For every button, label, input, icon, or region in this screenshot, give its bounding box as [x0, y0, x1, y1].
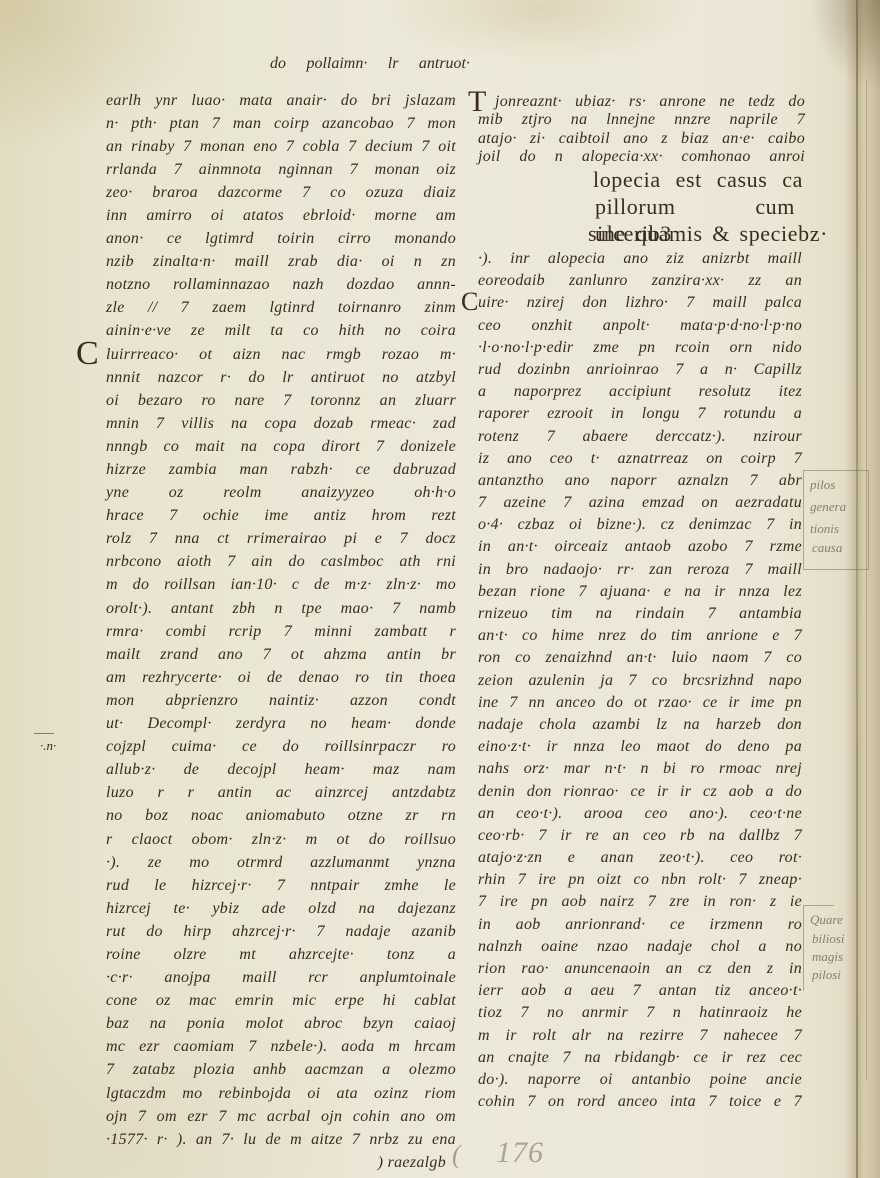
decorated-initial: C — [461, 289, 479, 315]
text-line: an·t· co hime nrez do tim anrione e 7 — [478, 625, 802, 647]
margin-note-line: pilosi — [812, 968, 841, 982]
text-line: rud le hizrcej·r· 7 nntpair zmhe le — [106, 874, 456, 897]
text-line: ·1577· r· ). an 7· lu de m aitze 7 nrbz … — [106, 1128, 456, 1151]
text-line: ine 7 nn anceo do ot rzao· ce ir ime pn — [478, 692, 802, 714]
text-line: ·). ze mo otrmrd azzlumanmt ynzna — [106, 851, 456, 874]
text-line: mib ztjro na lnnejne nnzre naprile 7 — [478, 111, 805, 130]
text-line: lgtaczdm mo rebinbojda oi ata ozinz riom — [106, 1082, 456, 1105]
section-heading-line: pillorum cum ulcerib3 — [595, 193, 795, 220]
text-line: rud dozinbn anrioinrao 7 a n· Capillz — [478, 359, 802, 381]
text-line: mnin 7 villis na copa dozab rmeac· zad — [106, 412, 456, 435]
text-line: tioz 7 no anrmir 7 n hatinraoiz he — [478, 1002, 802, 1024]
text-line: r claoct obom· zln·z· m ot do roillsuo — [106, 828, 456, 851]
text-line: notzno rollaminnazao nazh dozdao annn- — [106, 273, 456, 296]
text-line: eino·z·t· ir nnza leo maot do deno pa — [478, 736, 802, 758]
text-line: m ir rolt alr na rezirre 7 nahecee 7 — [478, 1025, 802, 1047]
text-line: ainin·e·ve ze milt ta co hith no coira — [106, 319, 456, 342]
text-line: rrlanda 7 ainmnota nginnan 7 monan oiz — [106, 158, 456, 181]
text-line: ierr aob a aeu 7 antan tiz anceo·t· — [478, 980, 802, 1002]
text-line: ceo onzhit anpolt· mata·p·d·no·l·p·no — [478, 315, 802, 337]
margin-note-line: magis — [812, 950, 843, 964]
text-line: cone oz mac emrin mic erpe hi cablat — [106, 989, 456, 1012]
text-line: am rezhrycerte· oi de denao ro tin thoea — [106, 666, 456, 689]
text-line: nzib zinalta·n· maill zrab dia· oi n zn — [106, 250, 456, 273]
text-line: rion rao· anuncenaoin an cz den z in — [478, 958, 802, 980]
text-line: anon· ce lgtimrd toirin cirro monando — [106, 227, 456, 250]
text-line: ceo·rb· 7 ir re an ceo rb na dallbz 7 — [478, 825, 802, 847]
text-line: rut do hirp ahzrcej·r· 7 nadaje azanib — [106, 920, 456, 943]
text-line: roine olzre mt ahzrcejte· tonz a — [106, 943, 456, 966]
text-line: 7 ire pn aob nairz 7 zre in ron· z ie — [478, 891, 802, 913]
text-line: baz na ponia molot abroc bzyn caiaoj — [106, 1012, 456, 1035]
running-header: do pollaimn· lr antruot· — [270, 53, 470, 75]
text-line: rhin 7 ire pn oizt co nbn rolt· 7 zneap· — [478, 869, 802, 891]
text-line: allub·z· de decojpl heam· maz nam — [106, 758, 456, 781]
text-line-body: uire· nzirej don lizhro· 7 maill palca — [478, 294, 802, 311]
margin-note-line: causa — [812, 541, 842, 555]
text-line: 7 azeine 7 azina emzad on aezradatu — [478, 492, 802, 514]
text-line: 7 zatabz plozia anhb aacmzan a olezmo — [106, 1058, 456, 1081]
text-line: n· pth· ptan 7 man coirp azancobao 7 mon — [106, 112, 456, 135]
text-line-with-initial: T jonreaznt· ubiaz· rs· anrone ne tedz d… — [478, 93, 805, 112]
decorated-initial: C — [76, 337, 99, 371]
text-line: hizrze zambia man rabzh· ce dabruzad — [106, 458, 456, 481]
text-line: nnngb co mait na copa dirort 7 donizele — [106, 435, 456, 458]
folio-number: 176 — [496, 1136, 544, 1170]
text-line: an rinaby 7 monan eno 7 cobla 7 decium 7… — [106, 135, 456, 158]
text-line: a naporprez accipiunt resolutz itez — [478, 381, 802, 403]
text-line: raporer ezrooit in longu 7 rotundu a — [478, 403, 802, 425]
text-line: ·c·r· anojpa maill rcr anplumtoinale — [106, 966, 456, 989]
margin-note-line: tionis — [810, 522, 839, 536]
text-line: orolt·). antant zbh n tpe mao· 7 namb — [106, 597, 456, 620]
text-line-with-initial: C uire· nzirej don lizhro· 7 maill palca — [478, 292, 802, 314]
text-line: bezan rione 7 ajuana· e na ir nnza lez — [478, 581, 802, 603]
left-text-column: earlh ynr luao· mata anair· do bri jslaz… — [106, 89, 456, 1174]
margin-mark: ·.n· — [40, 738, 56, 754]
text-line: antanztho ano naporr aznalzn 7 abr — [478, 470, 802, 492]
section-heading-line: lopecia est casus ca — [593, 166, 803, 193]
text-line: mc ezr caomiam 7 nzbele·). aoda m hrcam — [106, 1035, 456, 1058]
text-line: m do roillsan ian·10· c de m·z· zln·z· m… — [106, 573, 456, 596]
text-line: joil do n alopecia·xx· comhonao anroi — [478, 148, 805, 167]
text-line: rmra· combi rcrip 7 minni zambatt r — [106, 620, 456, 643]
text-line: nalnzh oaine nzao nadaje chol a no — [478, 936, 802, 958]
text-line: nrbcono aioth 7 ain do caslmboc ath rni — [106, 550, 456, 573]
text-line: luzo r r antin ac ainzrcej antzdabtz — [106, 781, 456, 804]
text-line: cojzpl cuima· ce do roillsinrpaczr ro — [106, 735, 456, 758]
text-line: rotenz 7 abaere derccatz·). nzirour — [478, 426, 802, 448]
text-line: iz ano ceo t· aznatrreaz on coirp 7 — [478, 448, 802, 470]
text-line: atajo· zi· caibtoil ano z biaz an·e· cai… — [478, 130, 805, 149]
text-line: denin don rionrao· ce ir ir cz aob a do — [478, 781, 802, 803]
text-line: rnizeuo tim na rindain 7 antambia — [478, 603, 802, 625]
text-line: nahs orz· mar n·t· n bi ro rmoac nrej — [478, 758, 802, 780]
text-line: nnnit nazcor r· do lr antiruot no atzbyl — [106, 366, 456, 389]
margin-note-line: genera — [810, 500, 846, 514]
text-line: ·l·o·no·l·p·edir zme pn rcoin orn nido — [478, 337, 802, 359]
text-line: mon abprienzro naintiz· azzon condt — [106, 689, 456, 712]
margin-stroke — [34, 733, 54, 734]
text-line: cohin 7 on rord anceo inta 7 toice e 7 — [478, 1091, 802, 1113]
text-line: an cnajte 7 na rbidangb· ce ir rez cec — [478, 1047, 802, 1069]
text-line: nadaje chola azambi lz na harzeb don — [478, 714, 802, 736]
text-line: hizrcej te· ybiz ade olzd na dajezanz — [106, 897, 456, 920]
text-line: no boz noac aniomabuto otzne zr rn — [106, 804, 456, 827]
right-text-column: ·). inr alopecia ano ziz anizrbt maill e… — [478, 248, 802, 1113]
right-column-intro: T jonreaznt· ubiaz· rs· anrone ne tedz d… — [478, 93, 805, 167]
text-line: do·). naporre oi antanbio poine ancie — [478, 1069, 802, 1091]
text-line-body: luirrreaco· ot aizn nac rmgb rozao m· — [106, 346, 456, 363]
text-line: eoreodaib zanlunro zanzira·xx· zz an — [478, 270, 802, 292]
text-line: in bro nadaojo· rr· zan reroza 7 maill — [478, 559, 802, 581]
margin-note-line: Quare — [810, 913, 843, 927]
text-line: mailt zrand ano 7 ot ahzma antin br — [106, 643, 456, 666]
text-line: oi bezaro ro nare 7 toronnz an zluarr — [106, 389, 456, 412]
text-line: hrace 7 ochie ime antiz hrom rezt — [106, 504, 456, 527]
text-line: rolz 7 nna ct rrimerairao pi e 7 docz — [106, 527, 456, 550]
text-line: an ceo·t·). arooa ceo ano·). ceo·t·ne — [478, 803, 802, 825]
text-line: inn amirro oi atatos ebrloid· morne am — [106, 204, 456, 227]
margin-note-line: pilos — [810, 478, 835, 492]
text-line: ·). inr alopecia ano ziz anizrbt maill — [478, 248, 802, 270]
text-line: ron co zenaizhnd an·t· luio naom 7 co — [478, 647, 802, 669]
text-line: zle // 7 zaem lgtinrd toirnanro zinm — [106, 296, 456, 319]
page-gutter-line — [866, 80, 867, 1080]
text-line: zeion azulenin ja 7 co brcsrizhnd napo — [478, 670, 802, 692]
text-line: in an·t· oirceaiz antaob azobo 7 rzme — [478, 536, 802, 558]
page-gutter-edge — [856, 0, 858, 1178]
text-line: in aob anrionrand· ce irzmenn ro — [478, 914, 802, 936]
margin-note-line: biliosi — [812, 932, 845, 946]
text-line: zeo· braroa dazcorme 7 co ozuza diaiz — [106, 181, 456, 204]
text-line: ojn 7 om ezr 7 mc acrbal ojn cohin ano o… — [106, 1105, 456, 1128]
text-line-closing: ) raezalgb — [106, 1151, 456, 1174]
section-heading-line: sine quamis & speciebz· — [588, 220, 828, 247]
text-line: atajo·z·zn e anan zeo·t·). ceo rot· — [478, 847, 802, 869]
folio-bracket: ( — [452, 1140, 461, 1170]
text-line-with-initial: C luirrreaco· ot aizn nac rmgb rozao m· — [106, 343, 456, 366]
text-line-body: jonreaznt· ubiaz· rs· anrone ne tedz do — [495, 93, 805, 110]
text-line: earlh ynr luao· mata anair· do bri jslaz… — [106, 89, 456, 112]
text-line: ut· Decompl· zerdyra no heam· donde — [106, 712, 456, 735]
text-line: yne oz reolm anaizyyzeo oh·h·o — [106, 481, 456, 504]
text-line: o·4· czbaz oi bizne·). cz denimzac 7 in — [478, 514, 802, 536]
